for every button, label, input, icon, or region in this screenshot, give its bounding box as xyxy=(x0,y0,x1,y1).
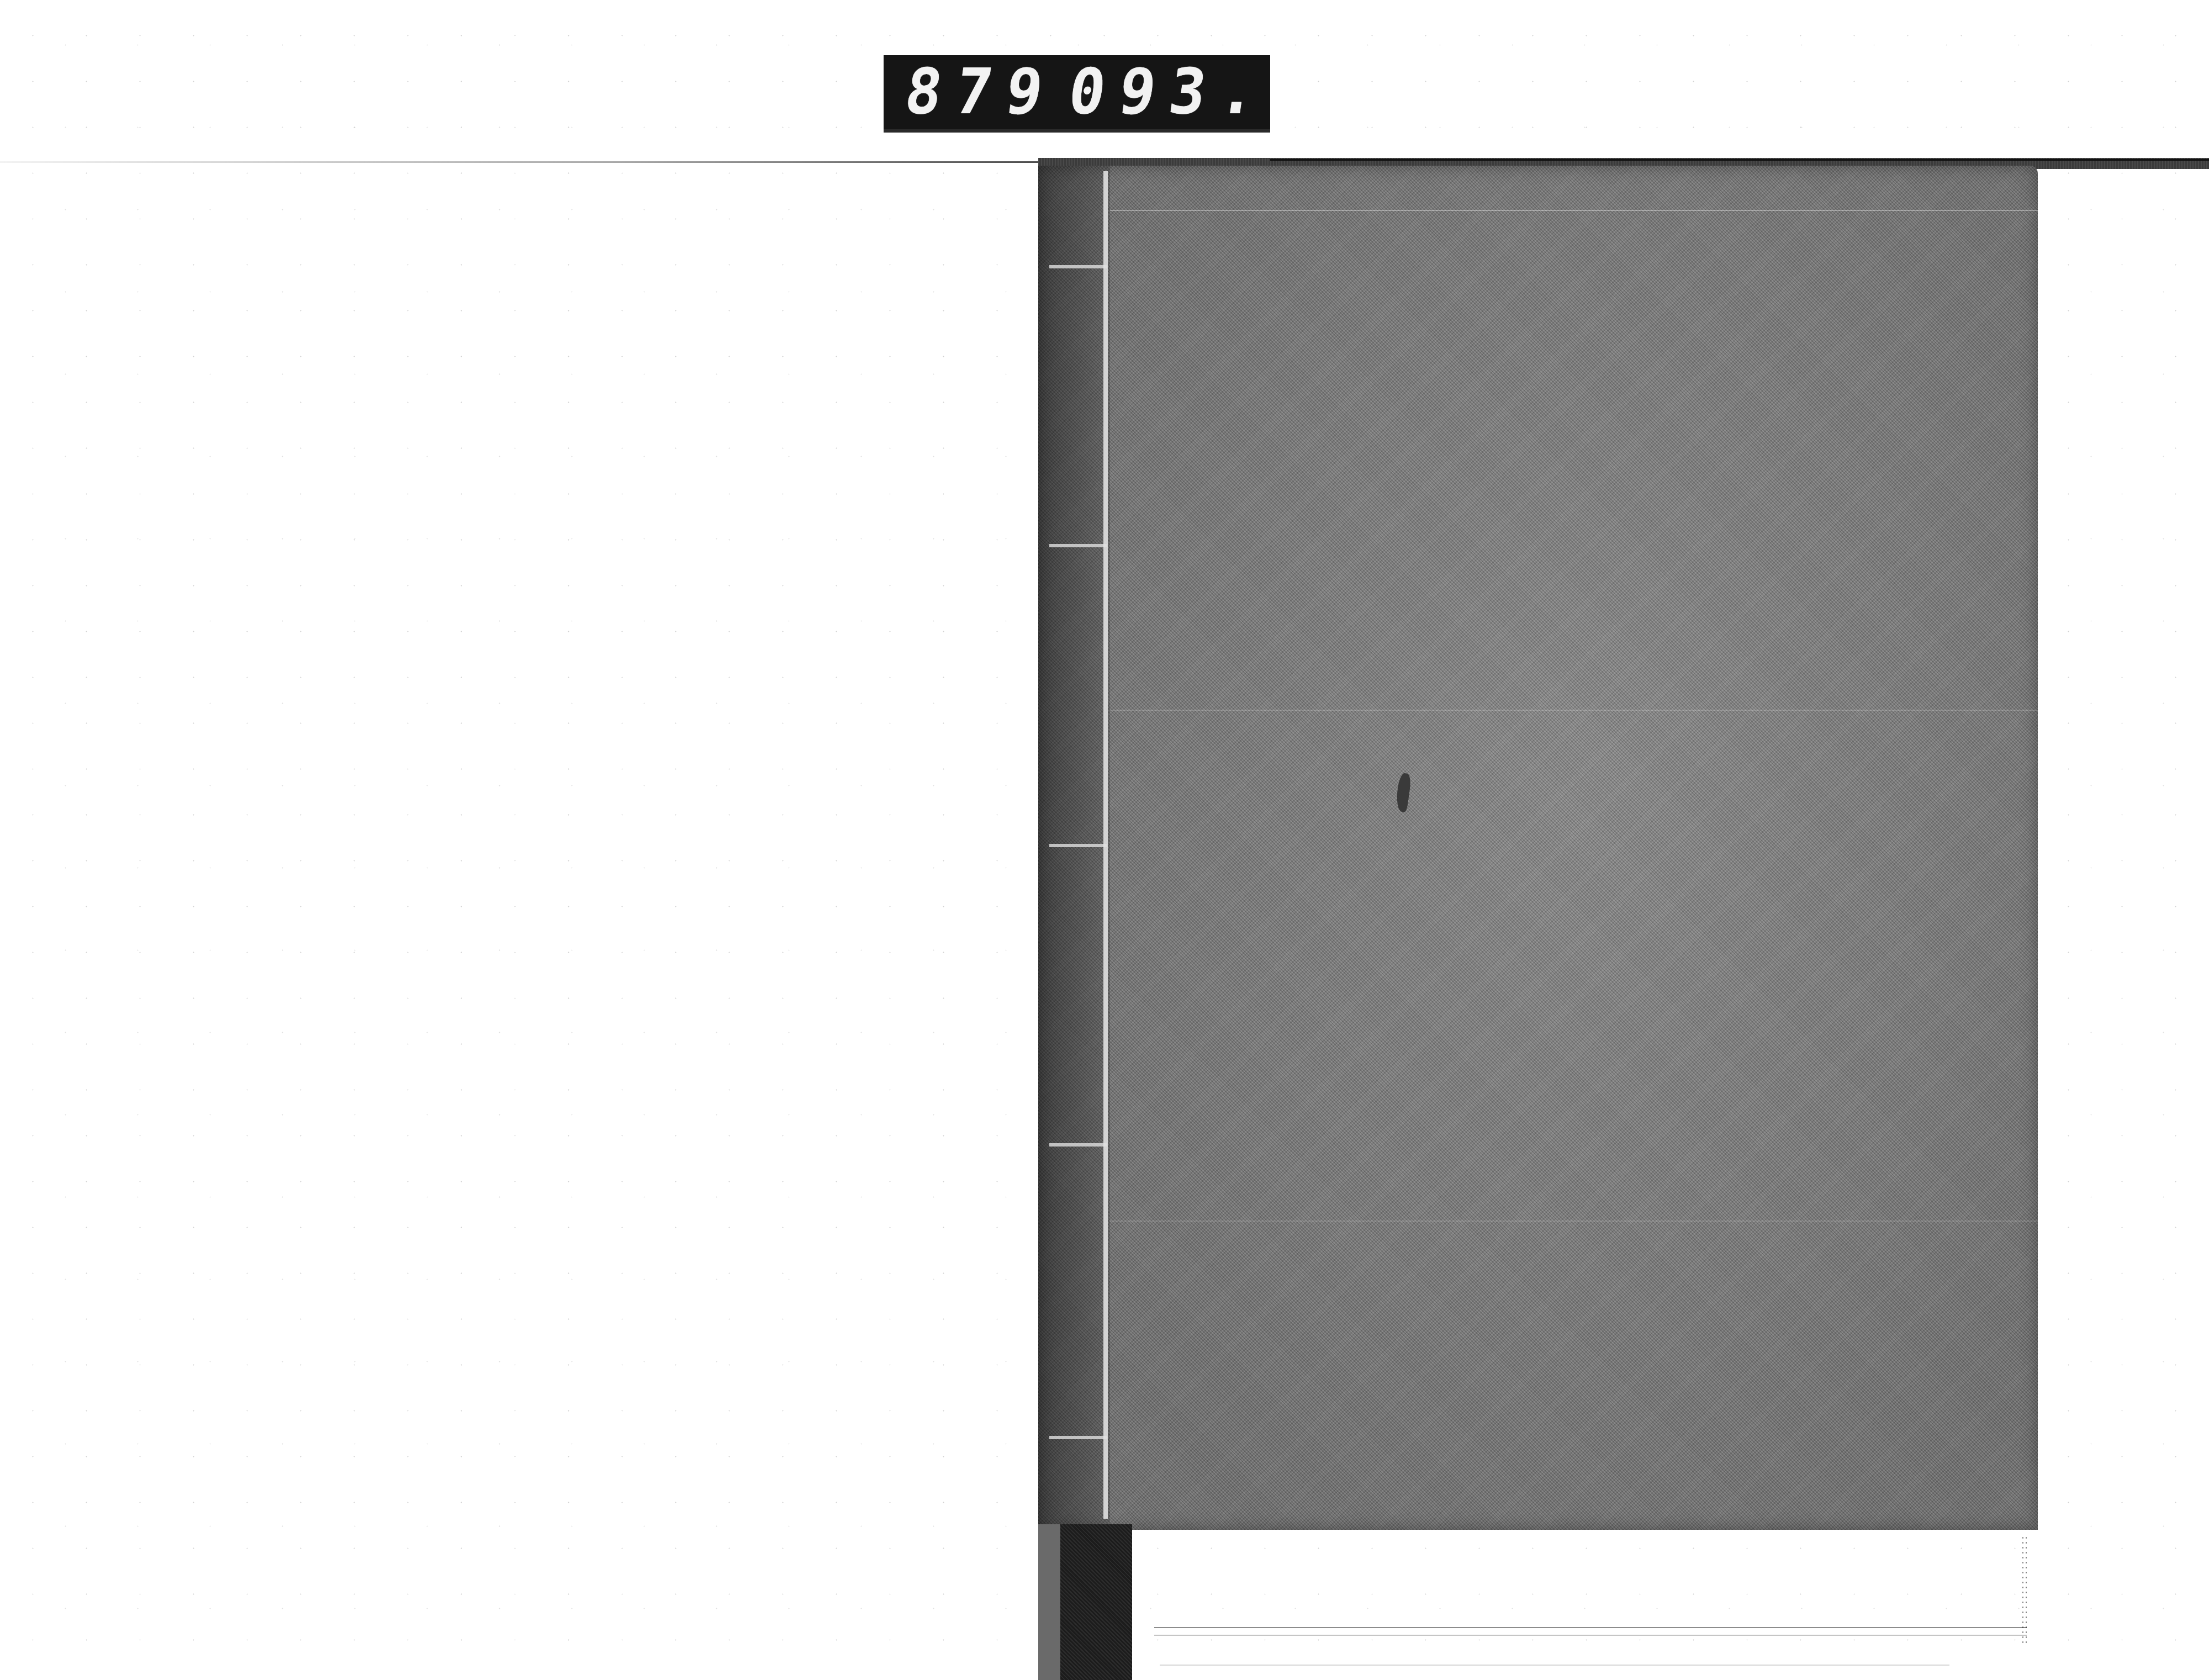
page-right-edge xyxy=(2021,1535,2029,1646)
ink-mark xyxy=(1394,773,1412,812)
book-cover xyxy=(1038,166,2038,1530)
cover-fold-line xyxy=(1110,710,2038,711)
scan-line xyxy=(0,161,1038,163)
spine-shade xyxy=(1038,166,1110,1530)
binding-stitch xyxy=(1049,844,1107,847)
frame-number: 093. xyxy=(1065,61,1275,123)
binding-stitch xyxy=(1049,1143,1107,1147)
page-edge-line xyxy=(1160,1665,1949,1666)
binding-stitch xyxy=(1049,1436,1107,1439)
reel-number: 879 xyxy=(901,61,1061,123)
binding-stitch xyxy=(1049,544,1107,547)
spine-base xyxy=(1060,1524,1132,1680)
frame-counter-plate: 879 093. xyxy=(884,55,1270,133)
spine-base-edge xyxy=(1038,1524,1060,1680)
cover-fold-line xyxy=(1110,210,2038,211)
cover-fold-line xyxy=(1110,1221,2038,1222)
page-edge-line xyxy=(1154,1627,2027,1628)
binding-stitch xyxy=(1049,265,1107,268)
top-edge-line xyxy=(1270,159,2209,161)
page-edge-line xyxy=(1154,1635,2027,1636)
